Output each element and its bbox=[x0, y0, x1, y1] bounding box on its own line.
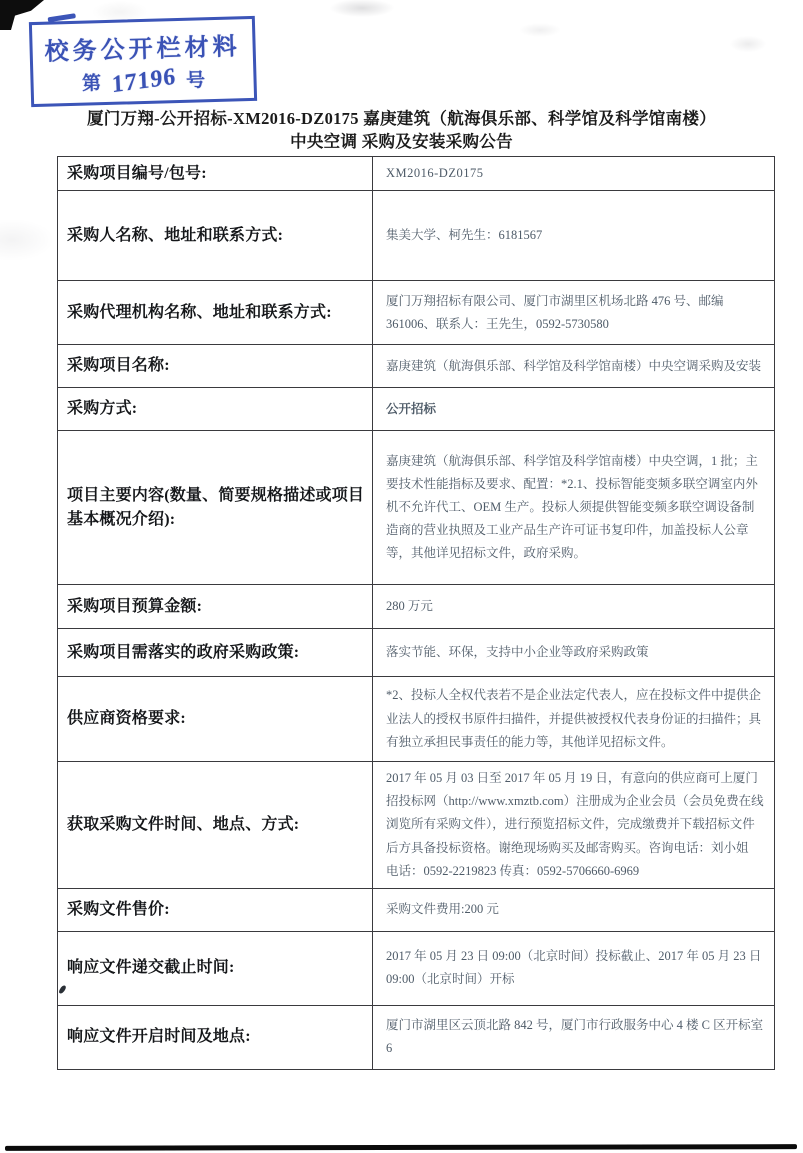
row-value: 落实节能、环保，支持中小企业等政府采购政策 bbox=[373, 629, 775, 677]
row-label: 采购项目名称: bbox=[58, 345, 373, 388]
stamp-number-prefix: 第 bbox=[82, 68, 102, 96]
table-row: 采购方式: 公开招标 bbox=[58, 388, 775, 431]
table-row: 获取采购文件时间、地点、方式: 2017 年 05 月 03 日至 2017 年… bbox=[58, 762, 775, 889]
stamp-dash-mark bbox=[48, 13, 76, 22]
stamp-number-suffix: 号 bbox=[186, 65, 206, 93]
row-label: 采购文件售价: bbox=[58, 888, 373, 931]
row-value: 2017 年 05 月 23 日 09:00（北京时间）投标截止、2017 年 … bbox=[373, 931, 775, 1005]
scan-bottom-edge bbox=[5, 1144, 797, 1151]
table-row: 响应文件递交截止时间: 2017 年 05 月 23 日 09:00（北京时间）… bbox=[58, 931, 775, 1005]
row-label: 采购项目预算金额: bbox=[58, 585, 373, 629]
document-title: 厦门万翔-公开招标-XM2016-DZ0175 嘉庚建筑（航海俱乐部、科学馆及科… bbox=[0, 107, 803, 153]
procurement-table: 采购项目编号/包号: XM2016-DZ0175 采购人名称、地址和联系方式: … bbox=[57, 156, 775, 1070]
row-value: *2、投标人全权代表若不是企业法定代表人，应在投标文件中提供企业法人的授权书原件… bbox=[373, 677, 775, 762]
stamp-title: 校务公开栏材料 bbox=[32, 26, 253, 67]
row-value: 集美大学、柯先生：6181567 bbox=[373, 191, 775, 281]
row-value: 采购文件费用:200 元 bbox=[373, 888, 775, 931]
row-value: 2017 年 05 月 03 日至 2017 年 05 月 19 日，有意向的供… bbox=[373, 762, 775, 889]
row-label: 采购项目编号/包号: bbox=[58, 157, 373, 191]
table-row: 项目主要内容(数量、简要规格描述或项目基本概况介绍): 嘉庚建筑（航海俱乐部、科… bbox=[58, 431, 775, 585]
table-row: 采购项目名称: 嘉庚建筑（航海俱乐部、科学馆及科学馆南楼）中央空调采购及安装 bbox=[58, 345, 775, 388]
stamp-number-line: 第 17196 号 bbox=[33, 64, 254, 98]
row-value: 厦门市湖里区云顶北路 842 号，厦门市行政服务中心 4 楼 C 区开标室 6 bbox=[373, 1005, 775, 1069]
row-value: XM2016-DZ0175 bbox=[373, 157, 775, 191]
approval-stamp: 校务公开栏材料 第 17196 号 bbox=[29, 16, 257, 107]
row-label: 采购方式: bbox=[58, 388, 373, 431]
row-label: 采购人名称、地址和联系方式: bbox=[58, 191, 373, 281]
table-row: 采购文件售价: 采购文件费用:200 元 bbox=[58, 888, 775, 931]
row-label: 项目主要内容(数量、简要规格描述或项目基本概况介绍): bbox=[58, 431, 373, 585]
row-label: 采购项目需落实的政府采购政策: bbox=[58, 629, 373, 677]
row-label: 采购代理机构名称、地址和联系方式: bbox=[58, 281, 373, 345]
scanned-document-page: 校务公开栏材料 第 17196 号 厦门万翔-公开招标-XM2016-DZ017… bbox=[0, 0, 803, 1153]
row-label: 获取采购文件时间、地点、方式: bbox=[58, 762, 373, 889]
table-row: 采购代理机构名称、地址和联系方式: 厦门万翔招标有限公司、厦门市湖里区机场北路 … bbox=[58, 281, 775, 345]
row-label: 响应文件开启时间及地点: bbox=[58, 1005, 373, 1069]
stamp-number: 17196 bbox=[111, 64, 177, 100]
row-value: 280 万元 bbox=[373, 585, 775, 629]
table-row: 采购项目预算金额: 280 万元 bbox=[58, 585, 775, 629]
table-row: 采购项目编号/包号: XM2016-DZ0175 bbox=[58, 157, 775, 191]
table-row: 响应文件开启时间及地点: 厦门市湖里区云顶北路 842 号，厦门市行政服务中心 … bbox=[58, 1005, 775, 1069]
document-title-line1: 厦门万翔-公开招标-XM2016-DZ0175 嘉庚建筑（航海俱乐部、科学馆及科… bbox=[0, 107, 803, 130]
table-row: 供应商资格要求: *2、投标人全权代表若不是企业法定代表人，应在投标文件中提供企… bbox=[58, 677, 775, 762]
row-label: 响应文件递交截止时间: bbox=[58, 931, 373, 1005]
row-value: 厦门万翔招标有限公司、厦门市湖里区机场北路 476 号、邮编 361006、联系… bbox=[373, 281, 775, 345]
row-value: 嘉庚建筑（航海俱乐部、科学馆及科学馆南楼）中央空调采购及安装 bbox=[373, 345, 775, 388]
document-title-line2: 中央空调 采购及安装采购公告 bbox=[0, 130, 803, 153]
table-row: 采购人名称、地址和联系方式: 集美大学、柯先生：6181567 bbox=[58, 191, 775, 281]
row-value: 公开招标 bbox=[373, 388, 775, 431]
row-label: 供应商资格要求: bbox=[58, 677, 373, 762]
table-row: 采购项目需落实的政府采购政策: 落实节能、环保，支持中小企业等政府采购政策 bbox=[58, 629, 775, 677]
row-value: 嘉庚建筑（航海俱乐部、科学馆及科学馆南楼）中央空调，1 批；主要技术性能指标及要… bbox=[373, 431, 775, 585]
